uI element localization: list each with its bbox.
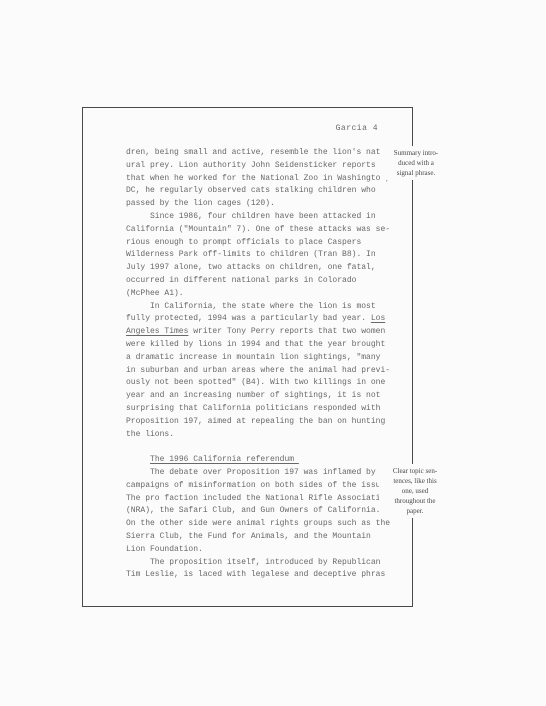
text-line: passed by the lion cages (120). [126,198,390,211]
text-line: ural prey. Lion authority John Seidensti… [126,160,390,173]
annotation-line: tences, like this [379,476,451,486]
text-line: dren, being small and active, resemble t… [126,147,390,160]
annotation-line: throughout the [379,496,451,506]
annotation-line: duced with a [380,158,452,168]
text-line: Tim Leslie, is laced with legalese and d… [126,569,390,582]
screenshot-root: Garcia 4 dren, being small and active, r… [0,0,546,706]
text-line: California ("Mountain" 7). One of these … [126,224,390,237]
text-line: that when he worked for the National Zoo… [126,173,390,186]
text-line: The pro faction included the National Ri… [126,493,390,506]
text-line: In California, the state where the lion … [126,301,390,314]
text-line: Wilderness Park off-limits to children (… [126,249,390,262]
text-line: July 1997 alone, two attacks on children… [126,262,390,275]
annotation-line: signal phrase. [380,168,452,178]
text-line [126,441,390,454]
annotation-line: one, used [379,486,451,496]
text-line: were killed by lions in 1994 and that th… [126,339,390,352]
text-line: The 1996 California referendum [126,454,390,467]
text-line: Since 1986, four children have been atta… [126,211,390,224]
text-line: DC, he regularly observed cats stalking … [126,185,390,198]
annotation-line: Clear topic sen- [379,466,451,476]
text-line: campaigns of misinformation on both side… [126,480,390,493]
text-line: Lion Foundation. [126,544,390,557]
text-line: (McPhee A1). [126,288,390,301]
text-line: fully protected, 1994 was a particularly… [126,313,390,326]
margin-annotation: Clear topic sen-tences, like thisone, us… [379,464,451,518]
text-line: The debate over Proposition 197 was infl… [126,467,390,480]
text-line: surprising that California politicians r… [126,403,390,416]
text-line: occurred in different national parks in … [126,275,390,288]
text-line: Sierra Club, the Fund for Animals, and t… [126,531,390,544]
margin-annotation: Summary intro-duced with asignal phrase. [380,146,452,180]
text-line: ously not been spotted" (B4). With two k… [126,377,390,390]
text-line: Angeles Times writer Tony Perry reports … [126,326,390,339]
text-line: a dramatic increase in mountain lion sig… [126,352,390,365]
text-line: in suburban and urban areas where the an… [126,365,390,378]
text-line: (NRA), the Safari Club, and Gun Owners o… [126,505,390,518]
annotation-line: Summary intro- [380,148,452,158]
body-text: dren, being small and active, resemble t… [126,147,390,582]
text-line: rious enough to prompt officials to plac… [126,237,390,250]
text-line: year and an increasing number of sightin… [126,390,390,403]
page-number-header: Garcia 4 [126,124,378,134]
manuscript-page: Garcia 4 dren, being small and active, r… [82,107,413,607]
text-line: Proposition 197, aimed at repealing the … [126,416,390,429]
text-line: the lions. [126,429,390,442]
text-line: On the other side were animal rights gro… [126,518,390,531]
text-line: The proposition itself, introduced by Re… [126,557,390,570]
annotation-line: paper. [379,506,451,516]
